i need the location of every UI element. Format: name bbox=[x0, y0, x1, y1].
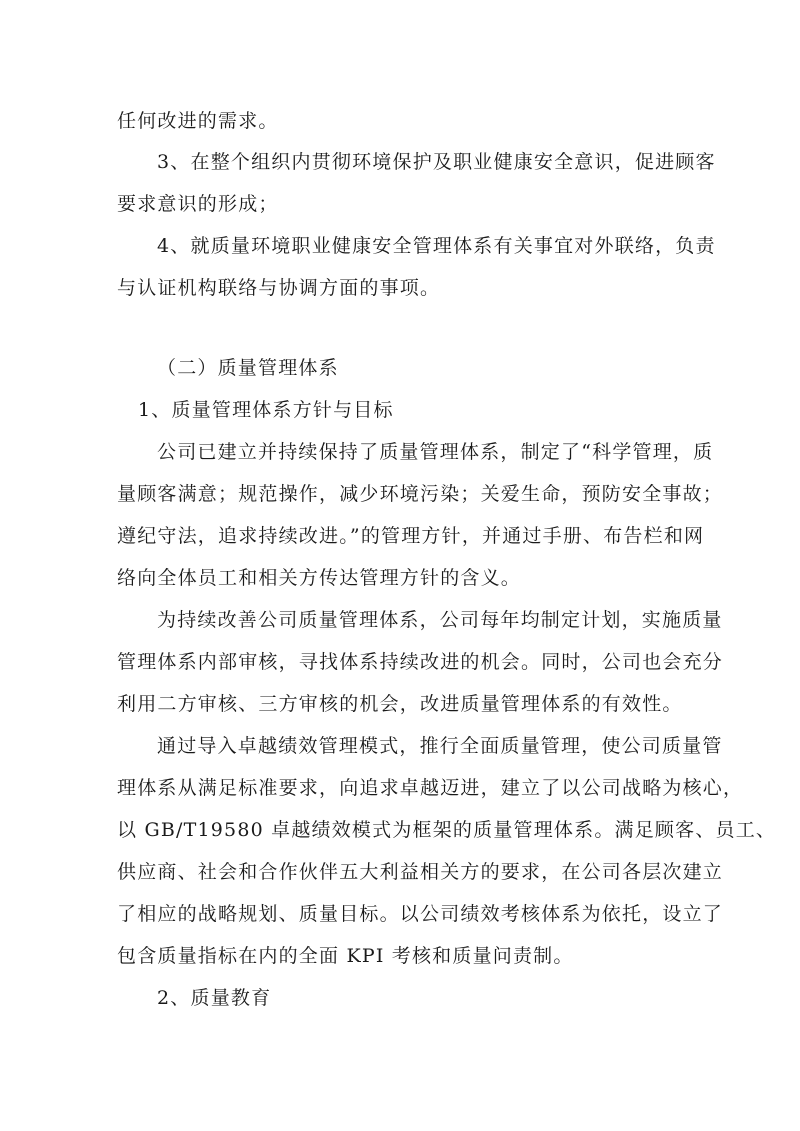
section-heading: （二）质量管理体系 bbox=[157, 356, 687, 380]
list-item-3-line: 3、在整个组织内贯彻环境保护及职业健康安全意识，促进顾客 bbox=[157, 150, 687, 174]
paragraph-excellence-line: 包含质量指标在内的全面 KPI 考核和质量问责制。 bbox=[117, 944, 687, 968]
paragraph-line: 任何改进的需求。 bbox=[117, 109, 687, 133]
list-item-4-line: 4、就质量环境职业健康安全管理体系有关事宜对外联络，负责 bbox=[157, 234, 687, 258]
subsection-heading-1: 1、质量管理体系方针与目标 bbox=[138, 398, 687, 422]
subsection-heading-2: 2、质量教育 bbox=[157, 986, 687, 1010]
list-item-4-continuation: 与认证机构联络与协调方面的事项。 bbox=[117, 276, 687, 300]
paragraph-audit-line: 管理体系内部审核，寻找体系持续改进的机会。同时，公司也会充分 bbox=[117, 650, 687, 674]
list-item-3-continuation: 要求意识的形成； bbox=[117, 192, 687, 216]
paragraph-excellence-line: 以 GB/T19580 卓越绩效模式为框架的质量管理体系。满足顾客、员工、 bbox=[117, 818, 687, 842]
paragraph-policy-line: 遵纪守法，追求持续改进。”的管理方针，并通过手册、布告栏和网 bbox=[117, 524, 687, 548]
paragraph-excellence-line: 供应商、社会和合作伙伴五大利益相关方的要求，在公司各层次建立 bbox=[117, 860, 687, 884]
paragraph-policy-line: 络向全体员工和相关方传达管理方针的含义。 bbox=[117, 566, 687, 590]
paragraph-audit-line: 为持续改善公司质量管理体系，公司每年均制定计划，实施质量 bbox=[157, 608, 687, 632]
paragraph-audit-line: 利用二方审核、三方审核的机会，改进质量管理体系的有效性。 bbox=[117, 692, 687, 716]
paragraph-excellence-line: 理体系从满足标准要求，向追求卓越迈进，建立了以公司战略为核心， bbox=[117, 776, 687, 800]
document-page: 任何改进的需求。 3、在整个组织内贯彻环境保护及职业健康安全意识，促进顾客 要求… bbox=[0, 0, 800, 1131]
paragraph-policy-line: 量顾客满意；规范操作，减少环境污染；关爱生命，预防安全事故； bbox=[117, 482, 687, 506]
paragraph-policy-line: 公司已建立并持续保持了质量管理体系，制定了“科学管理，质 bbox=[157, 440, 687, 464]
paragraph-excellence-line: 了相应的战略规划、质量目标。以公司绩效考核体系为依托，设立了 bbox=[117, 902, 687, 926]
paragraph-excellence-line: 通过导入卓越绩效管理模式，推行全面质量管理，使公司质量管 bbox=[157, 734, 687, 758]
